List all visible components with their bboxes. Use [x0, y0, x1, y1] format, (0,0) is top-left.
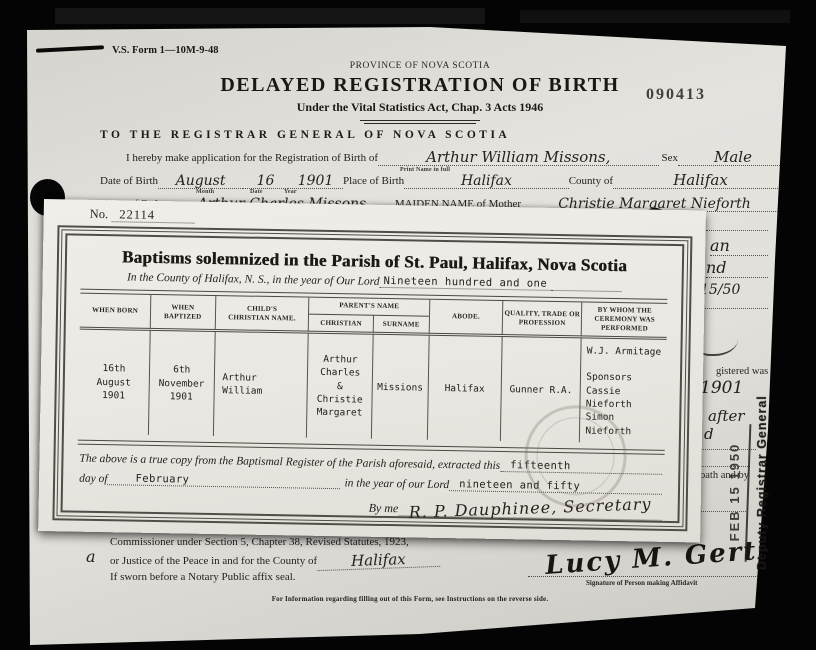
col-header-christian: CHRISTIAN	[309, 314, 374, 333]
handwriting-fragment: d	[704, 425, 714, 443]
cell-when-born: 16th August 1901	[78, 328, 150, 435]
cell-parent-surname: Missions	[371, 334, 429, 440]
by-me-label: By me	[369, 501, 399, 517]
certificate-number-label: No.	[90, 207, 109, 221]
print-fragment: gistered was	[716, 366, 768, 377]
col-header-when-born: WHEN BORN	[80, 294, 151, 330]
extracted-month-field: February	[107, 472, 340, 489]
certificate-border-frame: Baptisms solemnized in the Parish of St.…	[52, 225, 692, 531]
year-of-lord-label: in the year of our Lord	[340, 478, 449, 492]
handwriting-fragment: after	[708, 407, 745, 425]
dotted-line-fragment	[706, 224, 768, 231]
day-of-label: day of	[79, 473, 108, 485]
handwriting-fragment: an	[710, 236, 768, 256]
footer-note: For Information regarding filling out of…	[200, 595, 620, 603]
scanned-document: V.S. Form 1—10M-9-48 PROVINCE OF NOVA SC…	[0, 0, 816, 650]
col-header-surname: SURNAME	[373, 315, 429, 334]
col-header-childs-name: CHILD'S CHRISTIAN NAME.	[215, 296, 309, 332]
pen-stroke-mark	[36, 45, 104, 53]
officiant-signature-text: R. P. Dauphinee, Secretary	[408, 495, 651, 522]
certificate-number-value: 22114	[111, 207, 195, 223]
place-of-birth-label: Place of Birth	[343, 176, 404, 189]
sex-field: Male	[678, 150, 788, 166]
col-header-when-baptized: WHEN BAPTIZED	[150, 295, 215, 331]
cell-when-baptized: 6th November 1901	[148, 330, 214, 437]
officiant-signature: R. P. Dauphinee, Secretary	[398, 497, 662, 522]
col-header-abode: ABODE.	[429, 300, 503, 336]
dotted-line-fragment	[698, 302, 768, 309]
marginal-letter: a	[86, 547, 96, 566]
signature-caption: Signature of Person making Affidavit	[586, 579, 698, 587]
justice-line: or Justice of the Peace in and for the C…	[110, 551, 440, 569]
date-of-birth-label: Date of Birth	[100, 176, 158, 189]
justice-prefix: or Justice of the Peace in and for the C…	[110, 556, 317, 569]
cell-child-name: Arthur William	[213, 331, 309, 438]
cell-parent-christian: Arthur Charles & Christie Margaret	[307, 332, 373, 439]
scanner-background-patch	[520, 10, 790, 23]
province-line: PROVINCE OF NOVA SCOTIA	[50, 61, 790, 71]
addressee-line: TO THE REGISTRAR GENERAL OF NOVA SCOTIA	[100, 129, 510, 141]
col-header-parents-name: PARENT'S NAME	[309, 298, 430, 317]
notary-line: If sworn before a Notary Public affix se…	[110, 571, 296, 583]
col-header-quality: QUALITY, TRADE OR PROFESSION	[502, 301, 582, 337]
birth-line: Date of Birth August 16 1901 Place of Bi…	[100, 170, 788, 189]
place-of-birth-field: Halifax	[404, 174, 569, 189]
col-header-by-whom: BY WHOM THE CEREMONY WAS PERFORMED	[581, 302, 667, 338]
application-prefix: I hereby make application for the Regist…	[126, 153, 378, 166]
form-number: V.S. Form 1—10M-9-48	[112, 45, 219, 56]
commissioner-line: Commissioner under Section 5, Chapter 38…	[110, 536, 409, 548]
birth-month-field: August	[158, 174, 243, 189]
serial-number: 090413	[646, 86, 706, 104]
certificate-number: No. 22114	[90, 207, 196, 224]
pen-flourish	[698, 328, 738, 356]
header-rule	[360, 120, 480, 121]
application-line: I hereby make application for the Regist…	[126, 147, 788, 166]
handwriting-fragment: 15/50	[700, 282, 740, 298]
child-name-field: Arthur William Missons,	[378, 150, 658, 166]
handwriting-fragment: 1901	[700, 378, 743, 398]
deputy-registrar-stamp: Deputy Registrar General	[755, 420, 771, 570]
cell-abode: Halifax	[427, 335, 502, 442]
date-received-stamp: FEB 15 1950	[727, 425, 743, 559]
birth-year-field: 1901	[288, 174, 343, 189]
signature-line	[528, 576, 790, 577]
header-rule	[364, 123, 476, 124]
justice-county-field: Halifax	[317, 551, 440, 571]
handwriting-fragment: nd	[706, 258, 768, 278]
dotted-leader	[551, 280, 621, 292]
certificate-year-field: Nineteen hundred and one	[379, 275, 551, 291]
certificate-subtitle-prefix: In the County of Halifax, N. S., in the …	[127, 271, 380, 287]
attestation-text: The above is a true copy from the Baptis…	[79, 453, 500, 472]
birth-day-field: 16	[243, 174, 288, 189]
baptism-certificate: No. 22114 Baptisms solemnized in the Par…	[38, 199, 706, 543]
county-label: County of	[569, 176, 613, 189]
scanner-background-patch	[55, 8, 485, 24]
county-field: Halifax	[613, 173, 788, 189]
sex-label: Sex	[659, 153, 679, 166]
